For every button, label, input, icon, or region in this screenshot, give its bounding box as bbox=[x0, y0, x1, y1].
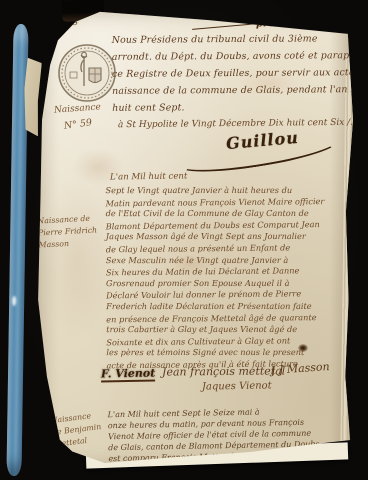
signature-mayor-vienot: F. Vienot bbox=[101, 367, 156, 383]
handwritten-line: Frederich ladite Déclaration et Présenta… bbox=[106, 301, 358, 313]
margin-note-line: Masson bbox=[38, 236, 98, 251]
handwritten-line: Sept le Vingt quatre Janvier à huit heur… bbox=[106, 185, 358, 197]
margin-note-act1: Naissance de Pierre Fridrich Masson bbox=[37, 212, 98, 251]
opening-dateline: à St Hypolite le Vingt Décembre Dix huit… bbox=[118, 118, 353, 130]
handwritten-line: trois Cabartier à Glay et Jaques Vienot … bbox=[106, 324, 358, 336]
margin-register-type: Naissance bbox=[54, 101, 102, 116]
signature-witness-mettetal: Jean françois mettetal bbox=[162, 364, 285, 378]
handwritten-line: Six heures du Matin de lui Déclarant et … bbox=[106, 265, 358, 279]
ink-bleedthrough bbox=[42, 180, 112, 340]
opening-paragraph: Nous Présidens du tribunal civil du 3ièm… bbox=[112, 30, 355, 117]
handwritten-line: naissance de la commune de Glais, pendan… bbox=[112, 81, 354, 100]
margin-act-number: N° 59 bbox=[63, 117, 92, 132]
page-ordinal: première bbox=[256, 18, 307, 30]
signature-father-masson: J J Masson bbox=[271, 360, 330, 377]
act1-first-line: L'an Mil huit cent bbox=[110, 171, 188, 182]
handwritten-line: huit cent Sept. bbox=[112, 98, 354, 117]
handwritten-line: Nous Présidens du tribunal civil du 3ièm… bbox=[112, 30, 354, 49]
spine-glint bbox=[12, 296, 16, 306]
handwritten-line: arrondt. du Dépt. du Doubs, avons coté e… bbox=[112, 47, 354, 66]
margin-note-act2: Naissance de Benjamin Mettetal bbox=[50, 409, 103, 451]
handwritten-line: ce Registre de Deux feuilles, pour servi… bbox=[112, 64, 354, 83]
registry-page: Glais Naissance N° 59 Naissance de Pierr… bbox=[30, 10, 355, 468]
handwritten-line: de Glay lequel nous a présenté un Enfant… bbox=[106, 242, 358, 256]
signature-guillou: Guillou bbox=[225, 128, 299, 153]
act1-paragraph: Sept le Vingt quatre Janvier à huit heur… bbox=[106, 184, 359, 371]
official-seal-icon bbox=[56, 42, 118, 104]
signature-witness-jaques-vienot: Jaques Vienot bbox=[202, 380, 272, 392]
